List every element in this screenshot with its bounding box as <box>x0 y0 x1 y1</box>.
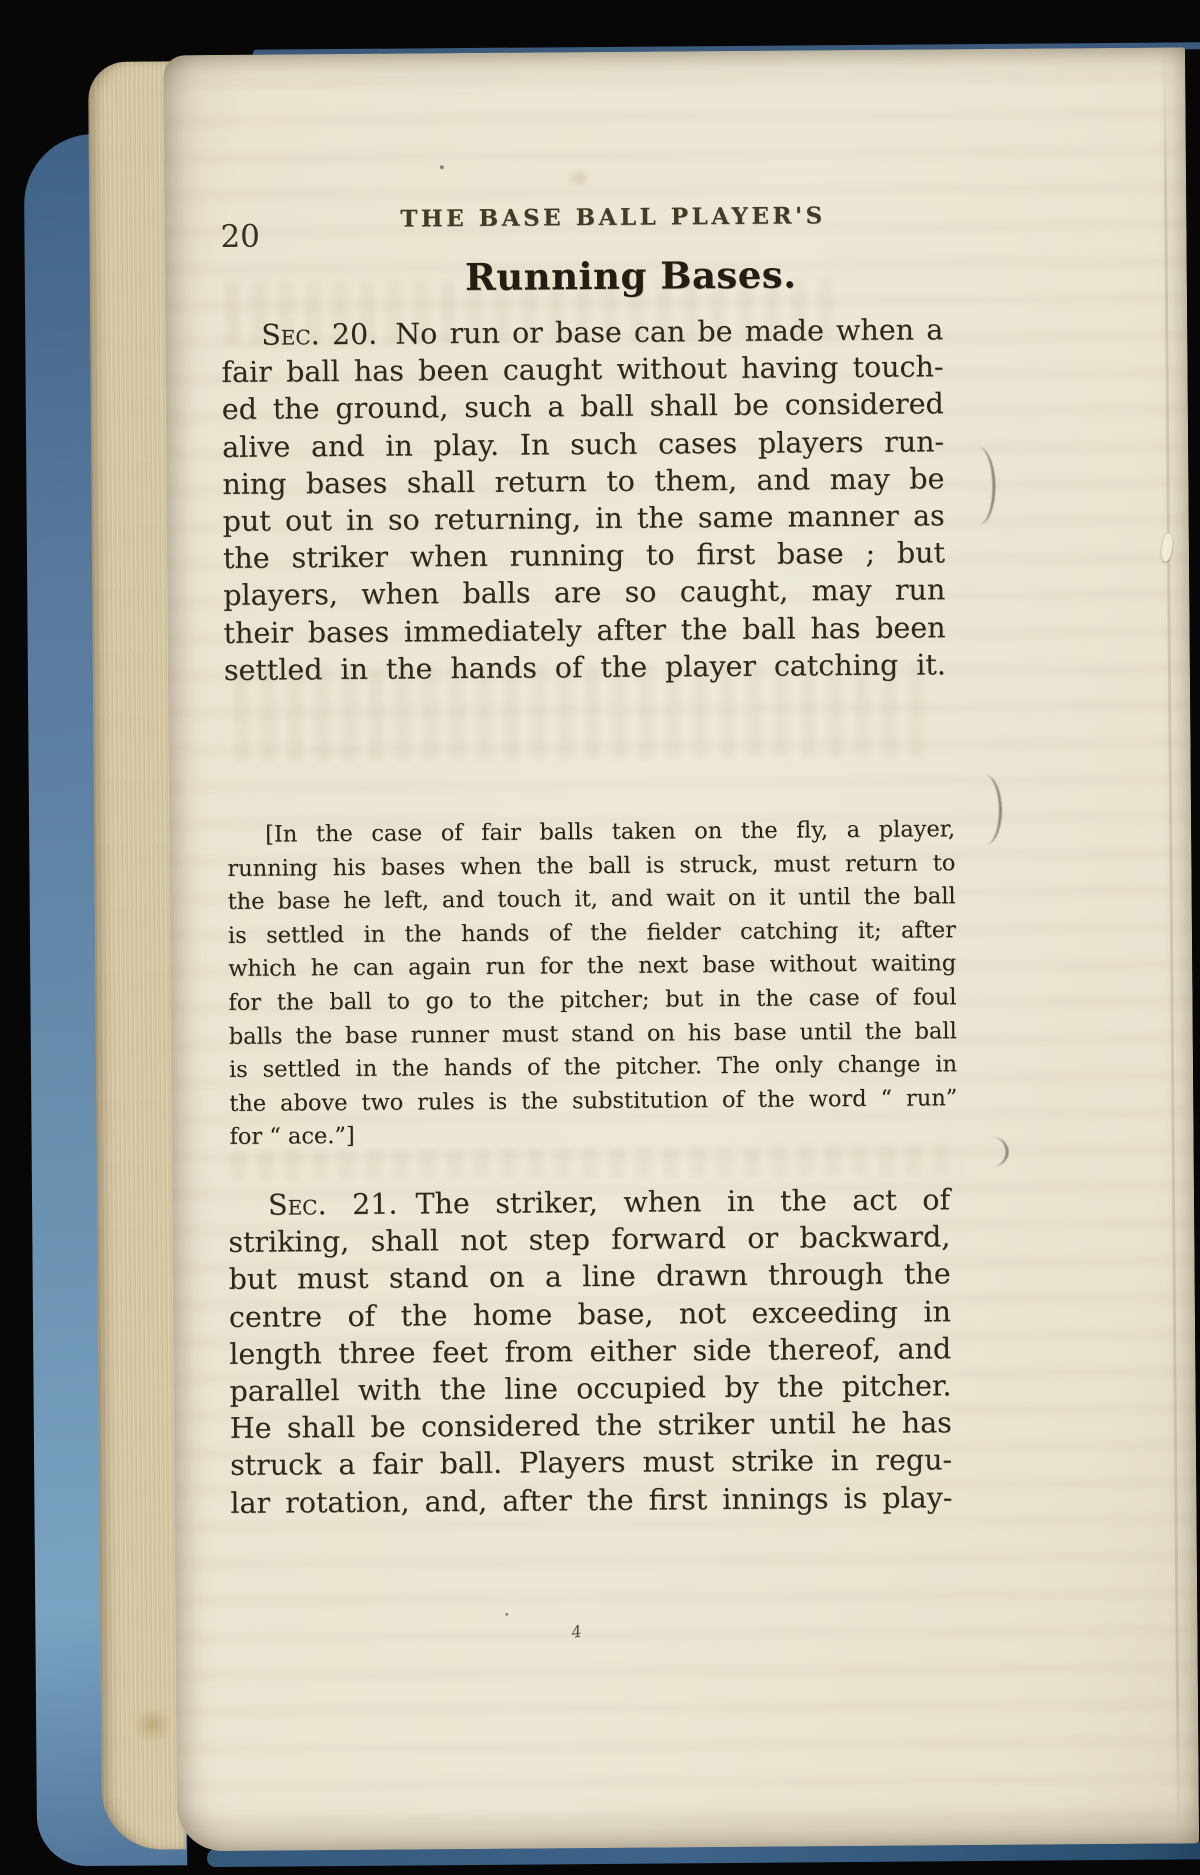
section-21-lines: striking, shall not step forward or back… <box>228 1218 952 1521</box>
text-line: put out in so returning, in the same man… <box>223 497 945 540</box>
printers-signature-mark: 4 <box>570 1621 583 1641</box>
text-line: [In the case of fair balls taken on the … <box>227 813 955 852</box>
text-line: is settled in the hands of the fielder c… <box>228 914 956 953</box>
section-20-label: Sec. 20. <box>261 318 377 352</box>
text-line: centre of the home base, not exceeding i… <box>229 1293 951 1336</box>
text-line: length three feet from either side there… <box>229 1330 951 1373</box>
section-21-first-line: Sec. 21.The striker, when in the act of <box>228 1181 950 1224</box>
section-21-first-line-text: The striker, when in the act of <box>415 1183 950 1220</box>
ink-speck <box>505 1613 508 1616</box>
running-title: THE BASE BALL PLAYER'S <box>400 202 826 232</box>
text-line: struck a fair ball. Players must strike … <box>230 1442 952 1485</box>
text-line: lar rotation, and, after the first innin… <box>230 1479 952 1522</box>
text-line: for the ball to go to the pitcher; but i… <box>228 981 956 1020</box>
text-line: but must stand on a line drawn through t… <box>229 1256 951 1299</box>
book-page: 20 THE BASE BALL PLAYER'S Running Bases.… <box>163 47 1199 1851</box>
bracketed-note-lines: [In the case of fair balls taken on the … <box>227 813 958 1155</box>
ink-speck <box>440 165 444 169</box>
margin-ink-mark <box>978 447 996 525</box>
text-line: parallel with the line occupied by the p… <box>229 1367 951 1410</box>
text-line: ed the ground, such a ball shall be cons… <box>222 386 944 429</box>
text-line: fair ball has been caught without having… <box>221 348 943 391</box>
page-fold-line <box>1163 48 1180 1844</box>
foxing-stain <box>132 1707 172 1741</box>
page-number: 20 <box>220 219 260 255</box>
margin-ink-mark <box>985 775 1003 845</box>
foxing-stain <box>566 168 592 188</box>
section-20-first-line-text: No run or base can be made when a <box>395 313 943 350</box>
text-line: He shall be considered the striker until… <box>230 1404 952 1447</box>
text-line: players, when balls are so caught, may r… <box>223 572 945 615</box>
text-line: the above two rules is the substitution … <box>229 1082 957 1121</box>
text-line: their bases immediately after the ball h… <box>223 609 945 652</box>
section-20-paragraph: Sec. 20.No run or base can be made when … <box>221 311 946 689</box>
text-line: the striker when running to first base ;… <box>223 534 945 577</box>
text-line: alive and in play. In such cases players… <box>222 423 944 466</box>
text-line: balls the base runner must stand on his … <box>229 1015 957 1054</box>
text-line: running his bases when the ball is struc… <box>227 847 955 886</box>
text-line: which he can again run for the next base… <box>228 948 956 987</box>
text-line: the base he left, and touch it, and wait… <box>228 880 956 919</box>
section-heading: Running Bases. <box>221 251 999 301</box>
section-21-label: Sec. 21. <box>268 1188 398 1222</box>
text-line: settled in the hands of the player catch… <box>224 646 946 689</box>
text-line: striking, shall not step forward or back… <box>228 1218 950 1261</box>
section-20-first-line: Sec. 20.No run or base can be made when … <box>221 311 943 354</box>
text-line: ning bases shall return to them, and may… <box>222 460 944 503</box>
section-21-paragraph: Sec. 21.The striker, when in the act of … <box>228 1181 953 1521</box>
text-line: for “ ace.”] <box>229 1116 957 1155</box>
section-20-lines: fair ball has been caught without having… <box>221 348 946 688</box>
bracketed-note-paragraph: [In the case of fair balls taken on the … <box>227 813 958 1155</box>
page-edge-tear <box>1160 533 1174 562</box>
margin-ink-mark <box>992 1137 1009 1167</box>
text-line: is settled in the hands of the pitcher. … <box>229 1048 957 1087</box>
book-photo: 20 THE BASE BALL PLAYER'S Running Bases.… <box>0 0 1200 1875</box>
